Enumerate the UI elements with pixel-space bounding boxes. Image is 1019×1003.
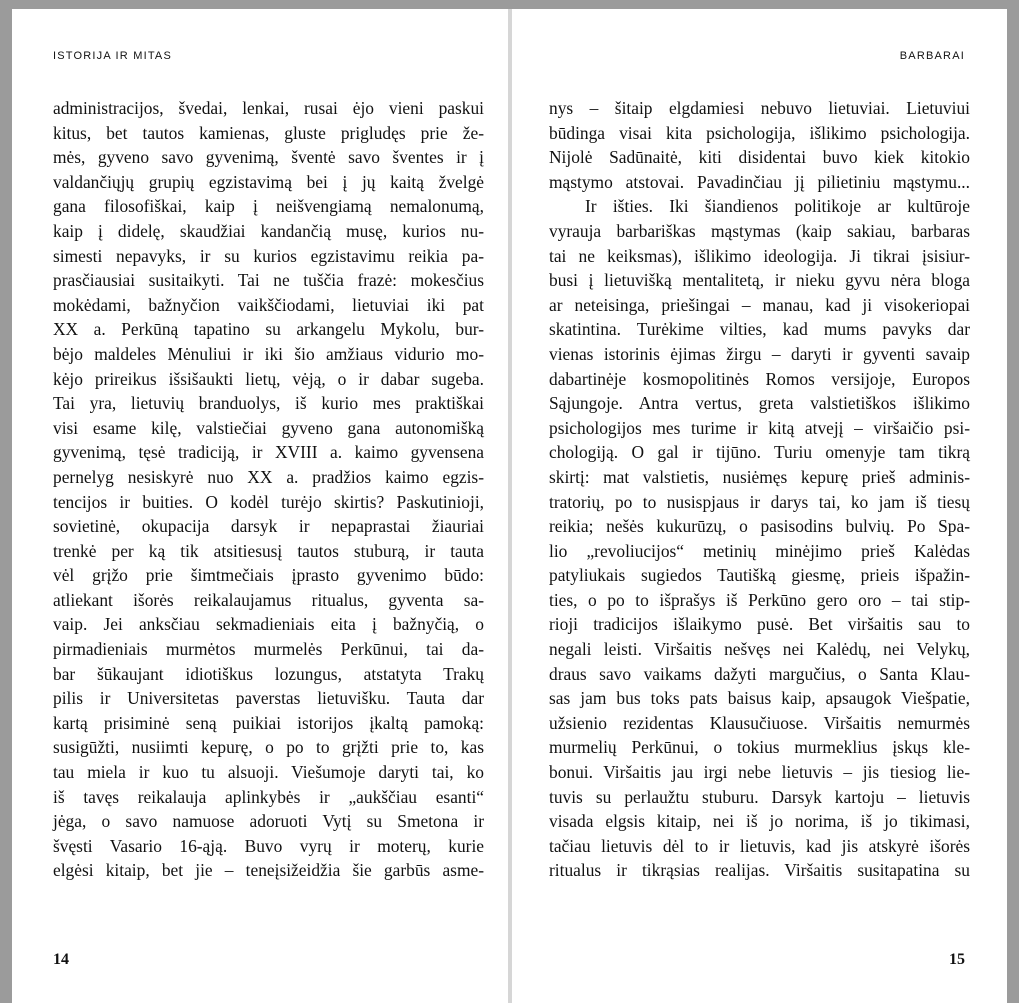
text-line: skirtį: mat valstietis, nusiėmęs kepurę … (549, 465, 970, 490)
text-line: vienas istorinis ėjimas žirgu – daryti i… (549, 342, 970, 367)
text-line: skatintina. Turėkime vilties, kad mums p… (549, 317, 970, 342)
text-line: psichologijos mes turime ir kitą atvejį … (549, 416, 970, 441)
text-line: draus savo vaikams dažyti margučius, o S… (549, 662, 970, 687)
right-page: BARBARAI nys – šitaip elgdamiesi nebuvo … (512, 9, 1007, 1003)
text-line: Sąjungoje. Antra vertus, greta valstieti… (549, 391, 970, 416)
text-line: tai ne keiksmas), išlikimo ideologija. J… (549, 244, 970, 269)
text-line: visada elgsis kitaip, nei iš jo norima, … (549, 809, 970, 834)
right-page-body: nys – šitaip elgdamiesi nebuvo lietuviai… (549, 96, 970, 883)
text-line: vyrauja barbariškas mąstymas (kaip sakia… (549, 219, 970, 244)
text-line: ar neteisinga, priešingai – manau, kad j… (549, 293, 970, 318)
text-line: susigūžti, nusiimti kepurę, o po to grįž… (53, 735, 484, 760)
text-line: simesti nepavyks, ir su kurios egzistavi… (53, 244, 484, 269)
text-line: Nijolė Sadūnaitė, kiti disidentai buvo k… (549, 145, 970, 170)
text-line: nys – šitaip elgdamiesi nebuvo lietuviai… (549, 96, 970, 121)
text-line: tencijos ir buities. O kodėl turėjo skir… (53, 490, 484, 515)
text-line: vėl grįžo prie šimtmečiais įprasto gyven… (53, 563, 484, 588)
text-line: vaip. Jei anksčiau sekmadieniais eita į … (53, 612, 484, 637)
text-line: bar šūkaujant idiotiškus lozungus, atsta… (53, 662, 484, 687)
text-line: patyliukais sugiedos Tautišką giesmę, pr… (549, 563, 970, 588)
text-line: chologiją. O gal ir tijūno. Turiu omenyj… (549, 440, 970, 465)
text-line: kėjo prireikus išsišaukti lietų, vėją, o… (53, 367, 484, 392)
text-line: reikia; nešės kukurūzų, o pasisodins bul… (549, 514, 970, 539)
text-line: visi esame kilę, valstiečiai gyveno gana… (53, 416, 484, 441)
text-line: XX a. Perkūną tapatino su arkangelu Myko… (53, 317, 484, 342)
text-line: mės, gyveno savo gyvenimą, šventė savo š… (53, 145, 484, 170)
text-line: tačiau lietuvis dėl to ir lietuvis, kad … (549, 834, 970, 859)
text-line: pernelyg nesiskyrė nuo XX a. pradžios ka… (53, 465, 484, 490)
text-line: bonui. Viršaitis jau irgi nebe lietuvis … (549, 760, 970, 785)
text-line: pilis ir Universitetas paverstas lietuvi… (53, 686, 484, 711)
running-head-right: BARBARAI (900, 50, 965, 62)
text-line: kartą prisiminė seną puikiai istorijos į… (53, 711, 484, 736)
text-line: pirmadieniais murmėtos murmelės Perkūnui… (53, 637, 484, 662)
text-line: prasčiausiai susitaikyti. Tai ne tuščia … (53, 268, 484, 293)
text-line: gyvenimą, tęsė tradiciją, ir XVIII a. ka… (53, 440, 484, 465)
text-line: Ir išties. Iki šiandienos politikoje ar … (549, 194, 970, 219)
text-line: elgėsi kitaip, bet jie – teneįsižeidžia … (53, 858, 484, 883)
text-line: atliekant išorės reikalaujamus ritualus,… (53, 588, 484, 613)
page-number-left: 14 (53, 951, 69, 969)
text-line: rioji tradicijos išlaikymo pusė. Bet vir… (549, 612, 970, 637)
text-line: murmelių Perkūnui, o tokius murmeklius į… (549, 735, 970, 760)
left-page: ISTORIJA IR MITAS administracijos, šveda… (12, 9, 508, 1003)
text-line: mąstymo atstovai. Pavadinčiau jį pilieti… (549, 170, 970, 195)
text-line: iš tavęs reikalauja aplinkybės ir „aukšč… (53, 785, 484, 810)
text-line: ritualus ir tikrąsias realijas. Viršaiti… (549, 858, 970, 883)
text-line: tuvis su perlaužtu stuburu. Darsyk karto… (549, 785, 970, 810)
text-line: būdinga visai kita psichologija, išlikim… (549, 121, 970, 146)
text-line: sovietinė, okupacija darsyk ir nepaprast… (53, 514, 484, 539)
text-line: busi į lietuvišką mentalitetą, ir nieku … (549, 268, 970, 293)
text-line: administracijos, švedai, lenkai, rusai ė… (53, 96, 484, 121)
text-line: jėga, o savo namuose adoruoti Vytį su Sm… (53, 809, 484, 834)
text-line: Tai yra, lietuvių branduolys, iš kurio m… (53, 391, 484, 416)
text-line: švęsti Vasario 16-ąją. Buvo vyrų ir mote… (53, 834, 484, 859)
page-number-right: 15 (949, 951, 965, 969)
text-line: kaip į didelę, skaudžiai kandančią musę,… (53, 219, 484, 244)
text-line: gana filosofiškai, kaip į neišvengiamą n… (53, 194, 484, 219)
text-line: bėjo maldeles Mėnuliui ir iki šio amžiau… (53, 342, 484, 367)
text-line: valdančiųjų grupių egzistavimą bei į jų … (53, 170, 484, 195)
text-line: negali leisti. Viršaitis nešvęs nei Kalė… (549, 637, 970, 662)
text-line: trenkė per ką tik atsitiesusį tautos stu… (53, 539, 484, 564)
text-line: dabartinėje kosmopolitinės Romos versijo… (549, 367, 970, 392)
text-line: sas jam bus toks pats baisus kaip, apsau… (549, 686, 970, 711)
text-line: tau miela ir kuo tu alsuoji. Viešumoje d… (53, 760, 484, 785)
text-line: mokėdami, bažnyčion vaikščiodami, lietuv… (53, 293, 484, 318)
text-line: užsienio rezidentas Klausučiuose. Viršai… (549, 711, 970, 736)
text-line: kitus, bet tautos kamienas, gluste prigl… (53, 121, 484, 146)
text-line: lio „revoliucijos“ metinių minėjimo prie… (549, 539, 970, 564)
text-line: ties, o po to išprašys iš Perkūno gero o… (549, 588, 970, 613)
running-head-left: ISTORIJA IR MITAS (53, 50, 172, 62)
left-page-body: administracijos, švedai, lenkai, rusai ė… (53, 96, 484, 883)
text-line: tratorių, po to nusispjaus ir darys tai,… (549, 490, 970, 515)
book-spread: ISTORIJA IR MITAS administracijos, šveda… (12, 9, 1007, 1003)
